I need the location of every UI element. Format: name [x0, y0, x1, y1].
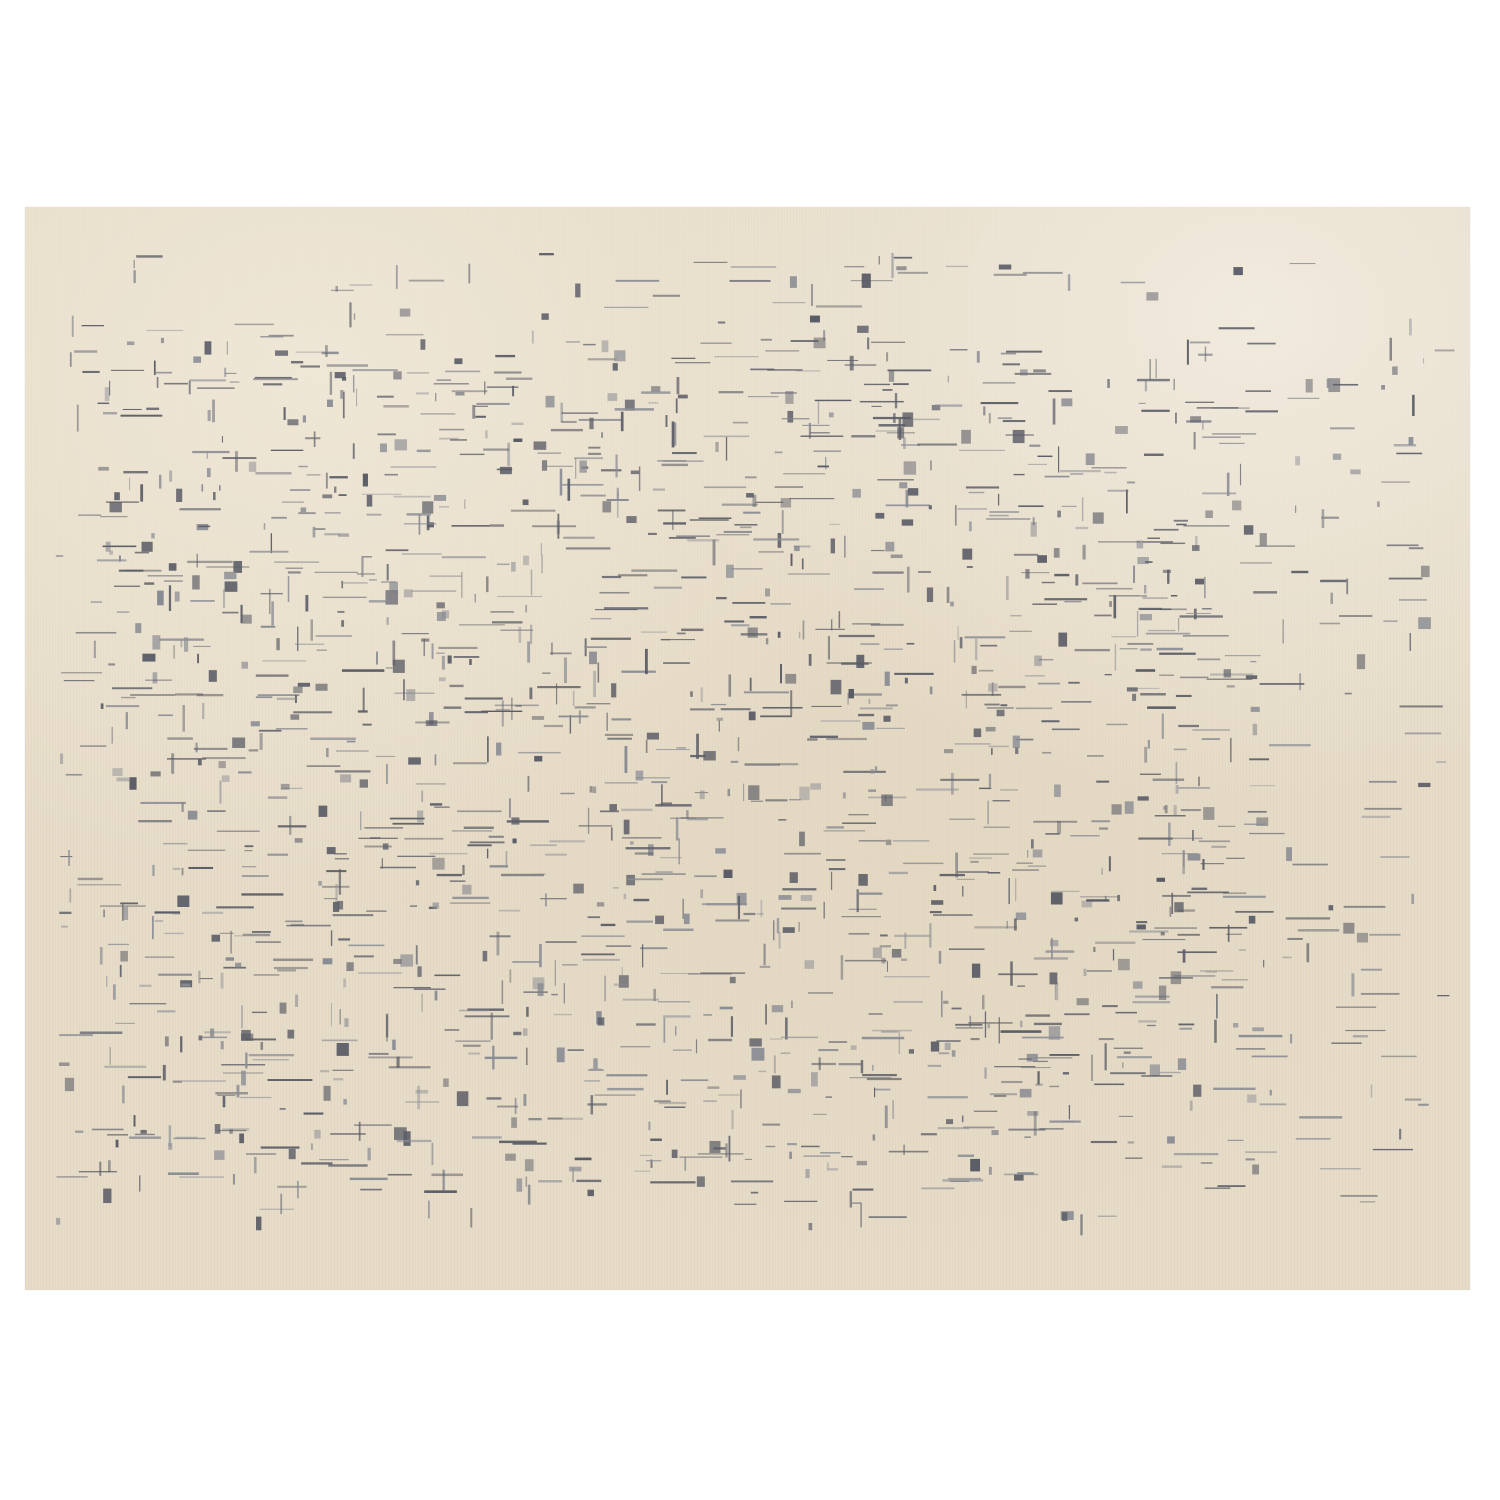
crackle-pattern: [25, 207, 1470, 1290]
rug: [25, 207, 1470, 1290]
